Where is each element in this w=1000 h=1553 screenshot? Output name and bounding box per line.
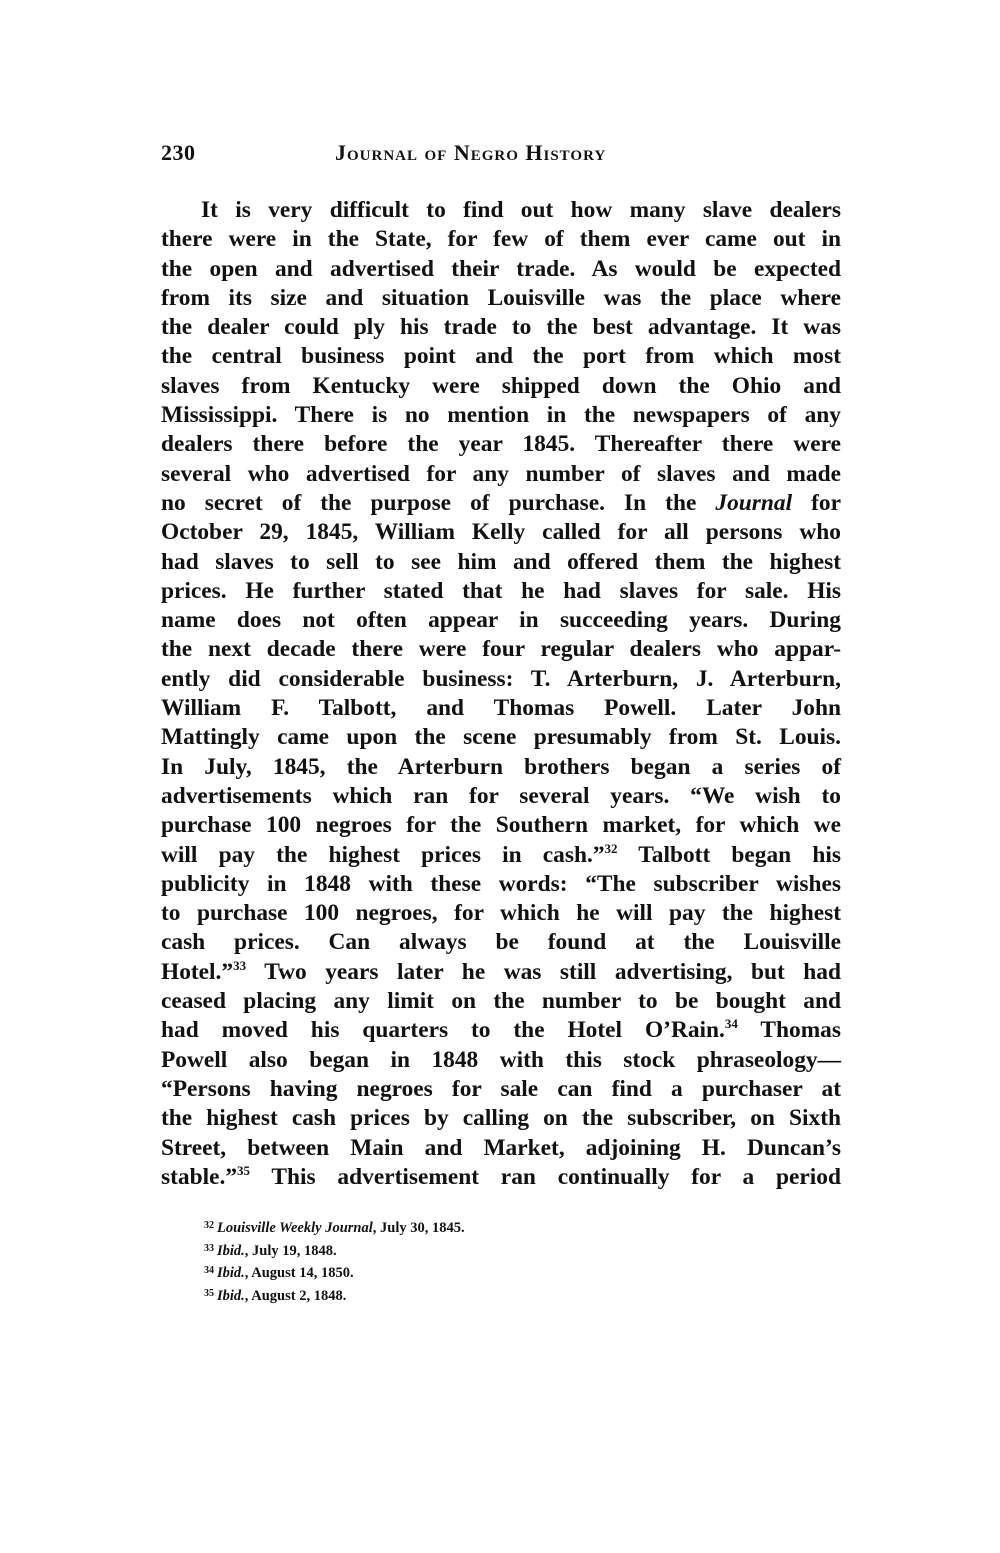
text-line: It is very difficult to find out how man…	[161, 196, 841, 225]
footnote-number: 32	[204, 1220, 214, 1231]
text-line: Street, between Main and Market, adjoini…	[161, 1134, 841, 1163]
text-line: Mattingly came upon the scene presumably…	[161, 723, 841, 752]
text-line: there were in the State, for few of them…	[161, 225, 841, 254]
text-line: to purchase 100 negroes, for which he wi…	[161, 899, 841, 928]
text-segment: Talbott began his	[638, 842, 841, 868]
text-line: slaves from Kentucky were shipped down t…	[161, 372, 841, 401]
text-line: Hotel.”33 Two years later he was still a…	[161, 958, 841, 987]
text-line: purchase 100 negroes for the Southern ma…	[161, 811, 841, 840]
text-line: no secret of the purpose of purchase. In…	[161, 489, 841, 518]
text-line: publicity in 1848 with these words: “The…	[161, 870, 841, 899]
text-segment: Hotel.”	[161, 959, 233, 985]
footnote-source: Louisville Weekly Journal	[217, 1220, 373, 1236]
footnote-number: 34	[204, 1265, 214, 1276]
footnotes: 32Louisville Weekly Journal, July 30, 18…	[204, 1216, 804, 1306]
text-line: cash prices. Can always be found at the …	[161, 928, 841, 957]
text-line: had moved his quarters to the Hotel O’Ra…	[161, 1016, 841, 1045]
text-segment: Thomas	[760, 1017, 841, 1043]
footnote-ref[interactable]: 32	[605, 841, 618, 856]
text-line: several who advertised for any number of…	[161, 460, 841, 489]
footnote-source: Ibid.	[217, 1265, 245, 1281]
text-segment: stable.”	[161, 1164, 237, 1190]
text-segment: had moved his quarters to the Hotel O’Ra…	[161, 1017, 725, 1043]
footnote-source: Ibid.	[217, 1288, 245, 1304]
text-line: from its size and situation Louisville w…	[161, 284, 841, 313]
text-line: will pay the highest prices in cash.”32 …	[161, 841, 841, 870]
footnote-number: 33	[204, 1243, 214, 1254]
running-header: 230 Journal of Negro History	[161, 140, 841, 174]
text-line: the next decade there were four regular …	[161, 635, 841, 664]
text-line: the highest cash prices by calling on th…	[161, 1104, 841, 1133]
footnote-detail: , July 19, 1848.	[245, 1243, 337, 1259]
footnote-ref[interactable]: 34	[725, 1016, 738, 1031]
footnote-ref[interactable]: 35	[237, 1163, 250, 1178]
text-line: October 29, 1845, William Kelly called f…	[161, 518, 841, 547]
text-line: the central business point and the port …	[161, 342, 841, 371]
text-line: the open and advertised their trade. As …	[161, 255, 841, 284]
footnote-33: 33Ibid., July 19, 1848.	[204, 1239, 804, 1262]
footnote-34: 34Ibid., August 14, 1850.	[204, 1261, 804, 1284]
text-line: dealers there before the year 1845. Ther…	[161, 430, 841, 459]
text-line: “Persons having negroes for sale can fin…	[161, 1075, 841, 1104]
text-segment: for	[811, 490, 841, 516]
footnote-detail: , July 30, 1845.	[373, 1220, 465, 1236]
text-segment: Two years later he was still advertising…	[264, 959, 841, 985]
text-line: ently did considerable business: T. Arte…	[161, 665, 841, 694]
footnote-32: 32Louisville Weekly Journal, July 30, 18…	[204, 1216, 804, 1239]
text-line: ceased placing any limit on the number t…	[161, 987, 841, 1016]
footnote-detail: , August 2, 1848.	[245, 1288, 347, 1304]
text-line: stable.”35 This advertisement ran contin…	[161, 1163, 841, 1192]
text-segment: no secret of the purpose of purchase. In…	[161, 490, 696, 516]
footnote-ref[interactable]: 33	[233, 958, 246, 973]
footnote-35: 35Ibid., August 2, 1848.	[204, 1284, 804, 1307]
text-line: Powell also began in 1848 with this stoc…	[161, 1046, 841, 1075]
text-line: had slaves to sell to see him and offere…	[161, 548, 841, 577]
text-segment: will pay the highest prices in cash.”	[161, 842, 605, 868]
text-segment: This advertisement ran continually for a…	[271, 1164, 841, 1190]
text-line: the dealer could ply his trade to the be…	[161, 313, 841, 342]
running-title: Journal of Negro History	[335, 140, 606, 166]
page-number: 230	[161, 140, 196, 166]
text-line: prices. He further stated that he had sl…	[161, 577, 841, 606]
text-line: In July, 1845, the Arterburn brothers be…	[161, 753, 841, 782]
footnote-detail: , August 14, 1850.	[245, 1265, 354, 1281]
text-line: name does not often appear in succeeding…	[161, 606, 841, 635]
body-paragraph: It is very difficult to find out how man…	[161, 196, 841, 1192]
text-line: advertisements which ran for several yea…	[161, 782, 841, 811]
italic-journal: Journal	[715, 490, 792, 516]
footnote-number: 35	[204, 1288, 214, 1299]
text-line: Mississippi. There is no mention in the …	[161, 401, 841, 430]
footnote-source: Ibid.	[217, 1243, 245, 1259]
text-line: William F. Talbott, and Thomas Powell. L…	[161, 694, 841, 723]
